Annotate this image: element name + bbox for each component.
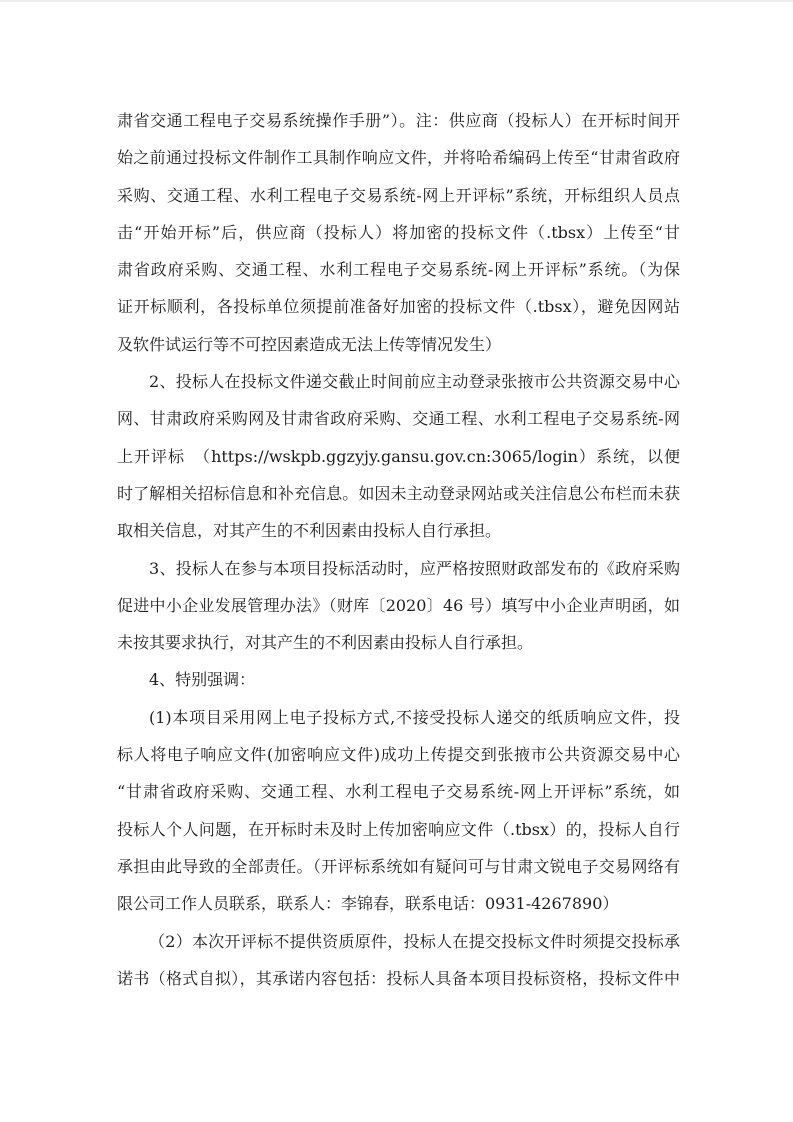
text-line: 标人将电子响应文件(加密响应文件)成功上传提交到张掖市公共资源交易中心 xyxy=(117,736,680,773)
text-line: 上开评标 （https://wskpb.ggzyjy.gansu.gov.cn:… xyxy=(117,438,680,475)
text-line: 诺书（格式自拟），其承诺内容包括：投标人具备本项目投标资格，投标文件中 xyxy=(117,960,680,997)
text-line: 肃省政府采购、交通工程、水利工程电子交易系统-网上开评标”系统。（为保 xyxy=(117,251,680,288)
text-line: 肃省交通工程电子交易系统操作手册”）。注：供应商（投标人）在开标时间开 xyxy=(117,102,680,139)
text-line: （2）本次开评标不提供资质原件，投标人在提交投标文件时须提交投标承 xyxy=(117,923,680,960)
text-line: 时了解相关招标信息和补充信息。如因未主动登录网站或关注信息公布栏而未获 xyxy=(117,475,680,512)
text-line: 始之前通过投标文件制作工具制作响应文件，并将哈希编码上传至“甘肃省政府 xyxy=(117,139,680,176)
text-line: 投标人个人问题，在开标时未及时上传加密响应文件（.tbsx）的，投标人自行 xyxy=(117,811,680,848)
text-line: 3、投标人在参与本项目投标活动时，应严格按照财政部发布的《政府采购 xyxy=(117,550,680,587)
document-body: 肃省交通工程电子交易系统操作手册”）。注：供应商（投标人）在开标时间开始之前通过… xyxy=(117,102,680,997)
text-line: 及软件试运行等不可控因素造成无法上传等情况发生） xyxy=(117,326,680,363)
text-line: 网、甘肃政府采购网及甘肃省政府采购、交通工程、水利工程电子交易系统-网 xyxy=(117,400,680,437)
text-line: 限公司工作人员联系，联系人：李锦春，联系电话：0931-4267890） xyxy=(117,885,680,922)
text-line: 取相关信息，对其产生的不利因素由投标人自行承担。 xyxy=(117,512,680,549)
text-line: 证开标顺利，各投标单位须提前准备好加密的投标文件（.tbsx），避免因网站 xyxy=(117,288,680,325)
text-line: 2、投标人在投标文件递交截止时间前应主动登录张掖市公共资源交易中心 xyxy=(117,363,680,400)
text-line: 4、特别强调： xyxy=(117,661,680,698)
text-line: 促进中小企业发展管理办法》（财库〔2020〕46 号）填写中小企业声明函，如 xyxy=(117,587,680,624)
text-line: “甘肃省政府采购、交通工程、水利工程电子交易系统-网上开评标”系统，如 xyxy=(117,773,680,810)
text-line: 击“开始开标”后，供应商（投标人）将加密的投标文件（.tbsx）上传至“甘 xyxy=(117,214,680,251)
text-line: 未按其要求执行，对其产生的不利因素由投标人自行承担。 xyxy=(117,624,680,661)
text-line: 承担由此导致的全部责任。（开评标系统如有疑问可与甘肃文锐电子交易网络有 xyxy=(117,848,680,885)
text-line: (1)本项目采用网上电子投标方式,不接受投标人递交的纸质响应文件，投 xyxy=(117,699,680,736)
text-line: 采购、交通工程、水利工程电子交易系统-网上开评标”系统，开标组织人员点 xyxy=(117,177,680,214)
document-page: 肃省交通工程电子交易系统操作手册”）。注：供应商（投标人）在开标时间开始之前通过… xyxy=(0,0,793,1122)
